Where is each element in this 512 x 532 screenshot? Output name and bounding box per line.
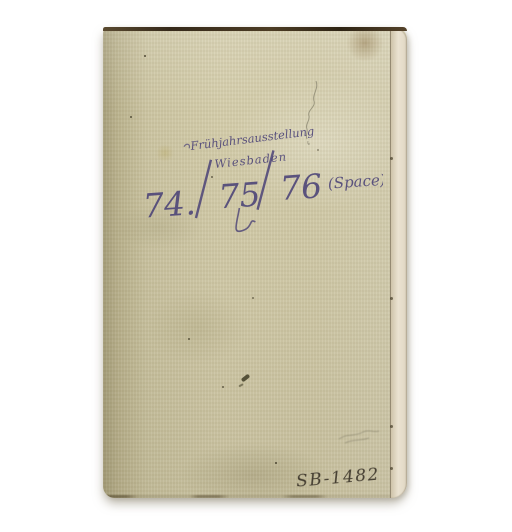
faint-pencil-scribble (335, 425, 383, 449)
card-top-edge (103, 27, 407, 31)
number-74: 74. (142, 183, 197, 226)
card-fore-edge (390, 29, 407, 498)
catalog-number: SB-1482 (295, 462, 391, 492)
ink-blot (241, 374, 251, 383)
photo-of-card-verso: { "scene": { "description": "Verso of an… (0, 0, 512, 532)
card-face: Frühjahrsausstellung Wiesbaden 74. 75 76… (103, 27, 391, 498)
edge-speck (390, 157, 393, 160)
scene: Frühjahrsausstellung Wiesbaden 74. 75 76… (0, 0, 512, 532)
inscription-numbers: 74. 75 76 (Space) (139, 131, 383, 238)
edge-speck (390, 467, 393, 470)
pen-tick (184, 144, 190, 149)
inscription-line1: Frühjahrsausstellung (189, 124, 315, 153)
foxing-specks (144, 55, 146, 57)
number-76: 76 (279, 166, 324, 208)
number-suffix: (Space) (327, 171, 383, 193)
inscription-line2: Wiesbaden (214, 149, 288, 171)
handwritten-inscription: Frühjahrsausstellung Wiesbaden 74. 75 76… (133, 122, 383, 262)
edge-speck (390, 297, 393, 300)
edge-speck (390, 425, 393, 428)
card-verso: Frühjahrsausstellung Wiesbaden 74. 75 76… (103, 27, 407, 498)
